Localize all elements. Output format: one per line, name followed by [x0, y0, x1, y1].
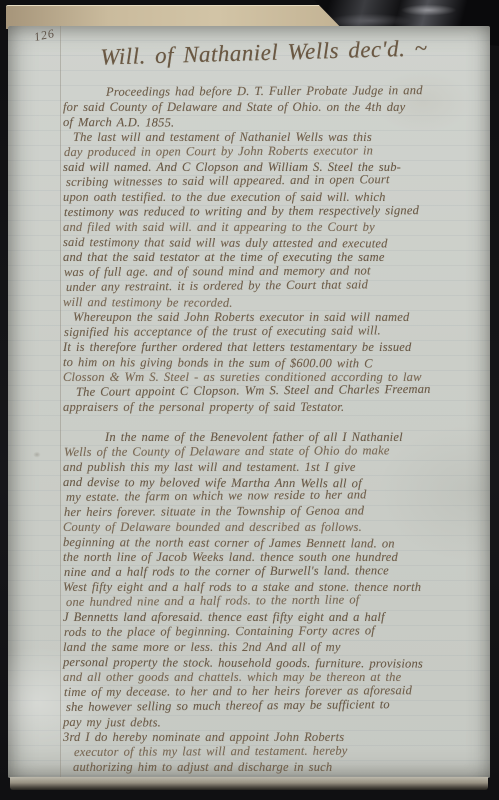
manuscript-line: The Court appoint C Clopson. Wm S. Steel…	[66, 381, 487, 400]
manuscript-line: It is therefore further ordered that let…	[63, 340, 484, 355]
manuscript-line: said testimony that said will was duly a…	[63, 235, 484, 252]
manuscript-line: to him on his giving bonds in the sum of…	[63, 355, 484, 372]
line-spacer	[63, 415, 484, 432]
stacked-page-edges	[10, 777, 488, 790]
manuscript-line: authorizing him to adjust and discharge …	[63, 760, 484, 775]
manuscript-line: executor of this my last will and testam…	[64, 743, 485, 760]
manuscript-body: Proceedings had before D. T. Fuller Prob…	[63, 85, 484, 775]
manuscript-line: and publish this my last will and testam…	[63, 460, 484, 475]
manuscript-line: scribing witnesses to said will appeared…	[66, 171, 487, 190]
photographed-record-book: 126 Will. of Nathaniel Wells dec'd. ~ Pr…	[0, 0, 499, 800]
manuscript-line: day produced in open Court by John Rober…	[64, 143, 485, 160]
manuscript-line: of March A.D. 1855.	[63, 115, 484, 132]
manuscript-line: beginning at the north east corner of Ja…	[63, 535, 484, 552]
manuscript-line: pay my just debts.	[63, 715, 484, 732]
left-margin-rule	[60, 26, 61, 778]
page-number: 126	[33, 26, 57, 45]
manuscript-line: for said County of Delaware and State of…	[63, 100, 484, 115]
manuscript-line: Wells of the County of Delaware and stat…	[64, 443, 485, 460]
manuscript-line: will and testimony be recorded.	[63, 295, 484, 312]
manuscript-line: County of Delaware bounded and described…	[63, 520, 484, 535]
manuscript-line: she however selling so much thereof as m…	[66, 696, 487, 715]
manuscript-line: personal property the stock. household g…	[63, 655, 484, 672]
manuscript-line: Proceedings had before D. T. Fuller Prob…	[64, 83, 485, 100]
manuscript-line: and filed with said will. and it appeari…	[63, 220, 484, 235]
document-title: Will. of Nathaniel Wells dec'd. ~	[98, 35, 431, 70]
manuscript-line: signified his acceptance of the trust of…	[64, 323, 485, 340]
manuscript-line: nine and a half rods to the corner of Bu…	[64, 563, 485, 580]
manuscript-line: testimony was reduced to writing and by …	[64, 203, 485, 220]
manuscript-line: land the same more or less. this 2nd And…	[63, 640, 484, 655]
manuscript-line: under any restraint. it is ordered by th…	[66, 276, 487, 295]
manuscript-line: appraisers of the personal property of s…	[63, 400, 484, 415]
ledger-page: 126 Will. of Nathaniel Wells dec'd. ~ Pr…	[8, 26, 490, 778]
manuscript-line: rods to the place of beginning. Containi…	[64, 623, 485, 640]
manuscript-line: her heirs forever. situate in the Townsh…	[64, 503, 485, 520]
manuscript-line: one hundred nine and a half rods. to the…	[66, 591, 487, 610]
